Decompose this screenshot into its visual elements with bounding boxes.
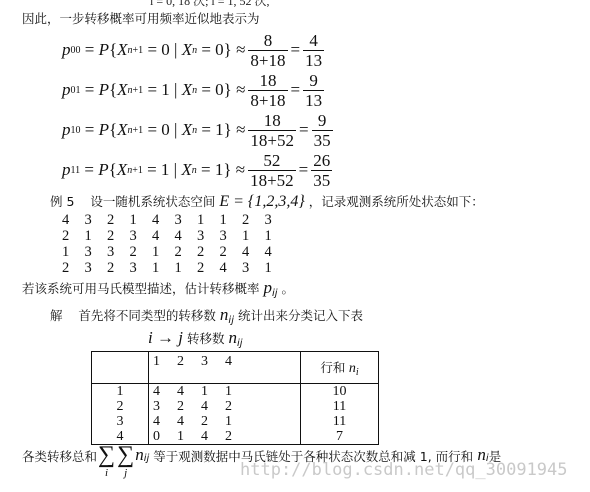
example-label: 例 5 [50, 194, 74, 209]
state-space-set: E = {1,2,3,4} [219, 193, 304, 210]
clipped-text-line: i = 0, 18 次; i = 1, 52 次, [150, 0, 270, 9]
rowsum-header: 行和 ni [301, 352, 379, 384]
solution-label: 解 [50, 308, 63, 323]
solution-text: 解 首先将不同类型的转移数 nij 统计出来分类记入下表 [50, 305, 363, 326]
table-row: 4 0142 7 [92, 429, 379, 445]
question-text: 若该系统可用马氏模型描述，估计转移概率 pij 。 [22, 278, 294, 299]
observation-grid: 4321431123 2123443311 1332122244 2323112… [62, 212, 287, 276]
watermark-url: http://blog.csdn.net/qq_30091945 [240, 460, 568, 480]
observation-row: 2123443311 [62, 228, 287, 244]
observation-row: 4321431123 [62, 212, 287, 228]
table-header-row: 1234 行和 ni [92, 352, 379, 384]
equation-p11: p11 = P{Xn+1 = 1 | Xn = 1} ≈ 5218+52= 26… [62, 150, 336, 190]
table-caption: i → j 转移数 nij [148, 328, 243, 349]
sum-i-symbol: ∑i [98, 444, 115, 480]
equation-block: p00 = P{Xn+1 = 0 | Xn = 0} ≈ 88+18= 413 … [62, 30, 336, 190]
table-row: 2 3242 11 [92, 399, 379, 414]
table-column-headers: 1234 [149, 352, 301, 384]
intro-text: 因此，一步转移概率可用频率近似地表示为 [22, 9, 260, 27]
example-statement: 例 5 设一随机系统状态空间 E = {1,2,3,4} ，记录观测系统所处状态… [50, 192, 484, 211]
example-text: 设一随机系统状态空间 [90, 194, 215, 209]
sum-j-symbol: ∑j [117, 444, 134, 480]
observation-row: 1332122244 [62, 244, 287, 260]
observation-row: 2323112431 [62, 260, 287, 276]
transition-count-table: 1234 行和 ni 1 4411 10 2 3242 11 3 4421 11… [91, 351, 379, 445]
equation-p10: p10 = P{Xn+1 = 0 | Xn = 1} ≈ 1818+52= 93… [62, 110, 336, 150]
table-corner-cell [92, 352, 149, 384]
equation-p00: p00 = P{Xn+1 = 0 | Xn = 0} ≈ 88+18= 413 [62, 30, 336, 70]
table-row: 3 4421 11 [92, 414, 379, 429]
equation-p01: p01 = P{Xn+1 = 1 | Xn = 0} ≈ 188+18= 913 [62, 70, 336, 110]
table-row: 1 4411 10 [92, 384, 379, 400]
